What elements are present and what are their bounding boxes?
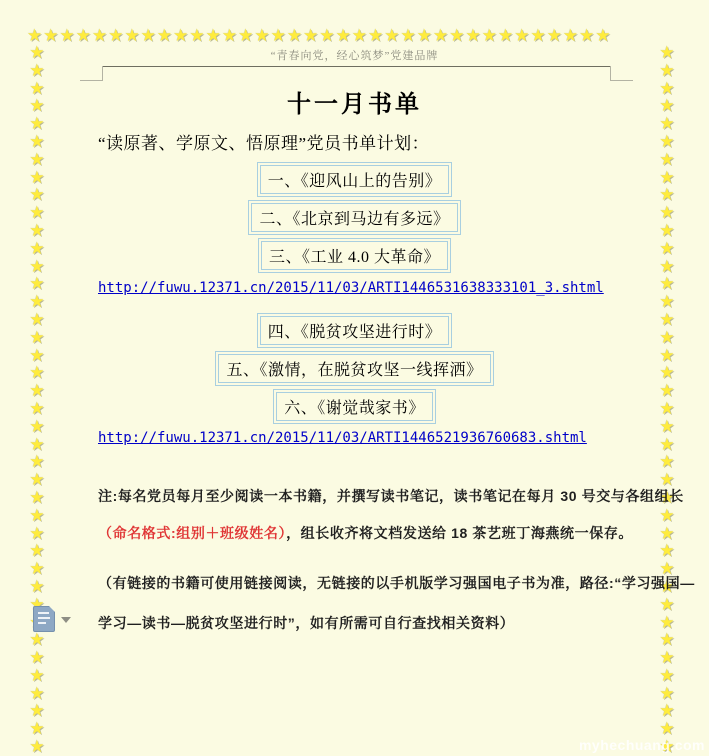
book-row-3: 三、《工业 4.0 大革命》 xyxy=(0,238,709,273)
header-brand-text: “青春向党，经心筑梦”党建品牌 xyxy=(0,47,709,63)
note-naming-format-red: （命名格式:组别＋班级姓名） xyxy=(98,525,286,541)
chevron-down-icon[interactable] xyxy=(61,617,71,623)
page-subtitle: “读原著、学原文、悟原理”党员书单计划： xyxy=(98,129,429,154)
note-line-2-rest: ，组长收齐将文档发送给 18 茶艺班丁海燕统一保存。 xyxy=(286,525,633,541)
header-bracket-left xyxy=(80,66,103,81)
page-title: 十一月书单 xyxy=(0,84,709,119)
doc-icon-fold xyxy=(49,606,55,612)
book-item-5: 五、《激情，在脱贫攻坚一线挥洒》 xyxy=(215,351,493,386)
doc-icon-line xyxy=(38,612,49,614)
book-row-6: 六、《谢觉哉家书》 xyxy=(0,389,709,424)
doc-icon-line xyxy=(38,622,46,624)
book-item-2: 二、《北京到马边有多远》 xyxy=(248,200,460,235)
book-row-5: 五、《激情，在脱贫攻坚一线挥洒》 xyxy=(0,351,709,386)
note-line-4: 学习—读书—脱贫攻坚进行时”，如有所需可自行查找相关资料） xyxy=(98,613,618,633)
note-line-3: （有链接的书籍可使用链接阅读，无链接的以手机版学习强国电子书为准，路径:“学习强… xyxy=(98,573,618,593)
note-line-1: 注:每名党员每月至少阅读一本书籍，并撰写读书笔记，读书笔记在每月 30 号交与各… xyxy=(98,486,618,506)
book-item-1: 一、《迎风山上的告别》 xyxy=(257,162,453,197)
book-item-6: 六、《谢觉哉家书》 xyxy=(273,389,436,424)
book-row-1: 一、《迎风山上的告别》 xyxy=(0,162,709,197)
hyperlink-2[interactable]: http://fuwu.12371.cn/2015/11/03/ARTI1446… xyxy=(98,430,587,446)
book-row-4: 四、《脱贫攻坚进行时》 xyxy=(0,313,709,348)
hyperlink-1[interactable]: http://fuwu.12371.cn/2015/11/03/ARTI1446… xyxy=(98,280,604,296)
doc-icon-line xyxy=(38,617,50,619)
document-page: { "header": { "brand_text": "“青春向党，经心筑梦”… xyxy=(0,0,709,756)
header-rule xyxy=(102,66,610,67)
note-line-2: （命名格式:组别＋班级姓名），组长收齐将文档发送给 18 茶艺班丁海燕统一保存。 xyxy=(98,523,618,543)
document-options-icon[interactable] xyxy=(33,606,55,632)
header-bracket-right xyxy=(610,66,633,81)
book-item-4: 四、《脱贫攻坚进行时》 xyxy=(257,313,453,348)
book-row-2: 二、《北京到马边有多远》 xyxy=(0,200,709,235)
book-item-3: 三、《工业 4.0 大革命》 xyxy=(258,238,451,273)
site-watermark: myhechuang.com xyxy=(579,737,705,753)
star-border-top-icon: ★★★★★★★★★★★★★★★★★★★★★★★★★★★★★★★★★★★★ xyxy=(27,26,679,45)
